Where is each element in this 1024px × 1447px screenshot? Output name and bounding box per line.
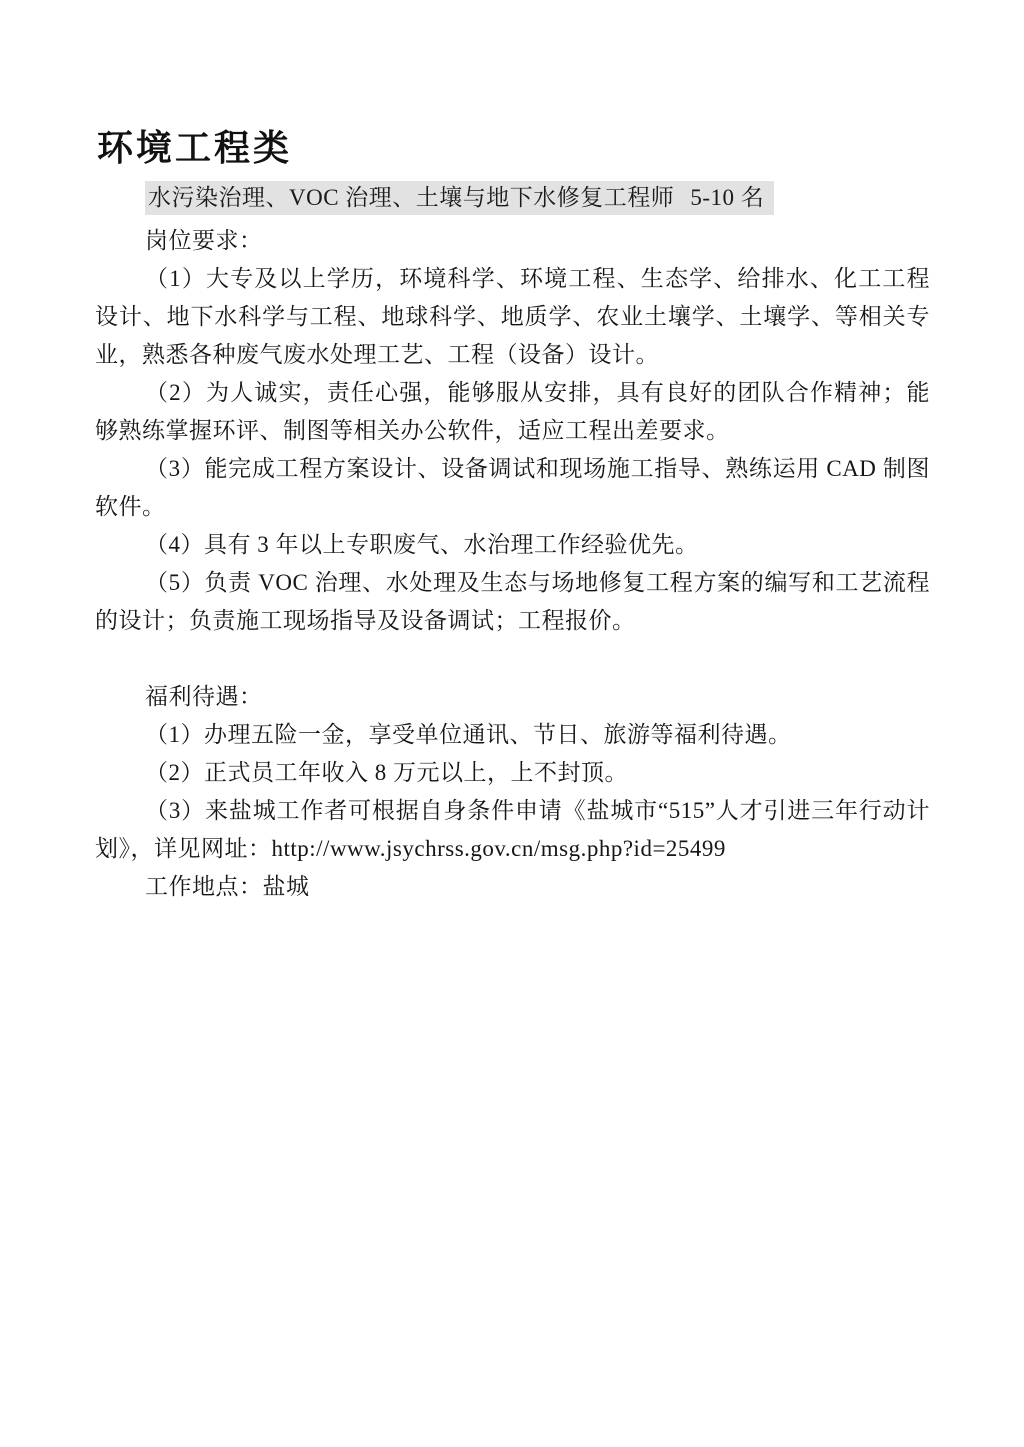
requirement-item-2: （2）为人诚实，责任心强，能够服从安排，具有良好的团队合作精神；能够熟练掌握环评…	[95, 374, 930, 450]
document-body: 岗位要求： （1）大专及以上学历，环境科学、环境工程、生态学、给排水、化工工程设…	[95, 222, 930, 906]
requirement-item-3: （3）能完成工程方案设计、设备调试和现场施工指导、熟练运用 CAD 制图软件。	[95, 450, 930, 526]
requirement-item-5: （5）负责 VOC 治理、水处理及生态与场地修复工程方案的编写和工艺流程的设计；…	[95, 564, 930, 640]
document-page: 环境工程类 水污染治理、VOC 治理、土壤与地下水修复工程师5-10 名 岗位要…	[0, 0, 1024, 1447]
job-position-count: 5-10 名	[690, 185, 764, 210]
benefit-item-1: （1）办理五险一金，享受单位通讯、节日、旅游等福利待遇。	[95, 716, 930, 754]
requirement-item-1: （1）大专及以上学历，环境科学、环境工程、生态学、给排水、化工工程设计、地下水科…	[95, 260, 930, 374]
page-title: 环境工程类	[97, 126, 930, 170]
benefit-item-2: （2）正式员工年收入 8 万元以上，上不封顶。	[95, 754, 930, 792]
job-position-highlight: 水污染治理、VOC 治理、土壤与地下水修复工程师5-10 名	[145, 181, 774, 215]
benefit-item-3: （3）来盐城工作者可根据自身条件申请《盐城市“515”人才引进三年行动计划》，详…	[95, 792, 930, 868]
work-location-line: 工作地点：盐城	[95, 868, 930, 906]
benefits-heading: 福利待遇：	[95, 678, 930, 716]
requirement-item-4: （4）具有 3 年以上专职废气、水治理工作经验优先。	[95, 526, 930, 564]
job-position-text: 水污染治理、VOC 治理、土壤与地下水修复工程师	[148, 185, 674, 210]
job-position-line: 水污染治理、VOC 治理、土壤与地下水修复工程师5-10 名	[145, 180, 930, 216]
requirements-heading: 岗位要求：	[95, 222, 930, 260]
